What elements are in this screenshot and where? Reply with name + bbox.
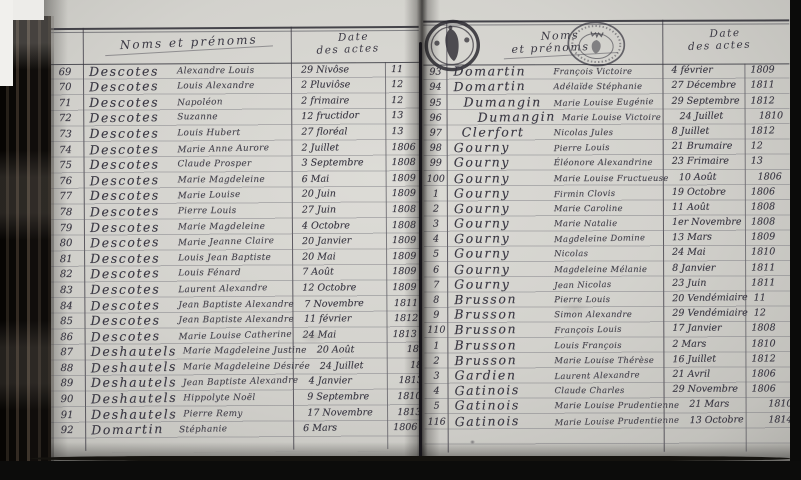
register-row: 79DescotesMarie Magdeleine4 Octobre1808: [48, 218, 420, 236]
register-row: 100GournyMarie Louise Fructueuse10 Août1…: [424, 170, 790, 186]
entry-surname: Descotes: [83, 157, 171, 174]
entry-given: Suzanne: [171, 112, 291, 126]
entry-date: 27 Juin: [292, 204, 386, 219]
entry-date: 23 Frimaire: [662, 156, 745, 170]
register-row: 2BrussonMarie Louise Thérèse16 Juillet18…: [424, 352, 790, 368]
register-row: 71DescotesNapoléon2 frimaire12: [47, 93, 419, 111]
entry-date: 16 Juillet: [662, 353, 745, 368]
entry-surname: Descotes: [84, 296, 172, 314]
entry-given: François Victoire: [547, 66, 661, 79]
entry-given: Marie Louise Victoire: [556, 112, 670, 125]
entry-surname: Descotes: [83, 172, 171, 190]
register-row: 5GatinoisMarie Louise Prudentienne21 Mar…: [425, 397, 791, 413]
entry-date: 27 Décembre: [661, 80, 744, 94]
right-page-entries: 93DomartinFrançois Victoire4 février1809…: [423, 63, 790, 454]
entry-surname: Gourny: [448, 169, 548, 187]
entry-year: 1809: [744, 65, 789, 79]
entry-year: 1808: [745, 216, 790, 230]
entry-given: Marie Natalie: [548, 218, 662, 231]
entry-year: 12: [748, 308, 791, 322]
entry-date: 13 Mars: [662, 231, 745, 246]
entry-year: 1810: [762, 399, 790, 413]
register-row: 4GournyMagdeleine Domine13 Mars1809: [424, 230, 790, 246]
entry-given: Louis Alexandre: [171, 81, 291, 95]
register-row: 97ClerfortNicolas Jules8 Juillet1812: [424, 124, 790, 140]
entry-given: Louis Fénard: [172, 268, 292, 282]
entry-given: Jean Baptiste Alexandre: [172, 299, 294, 313]
entry-surname: Gourny: [448, 139, 548, 157]
register-row: 76DescotesMarie Magdeleine6 Mai1809: [48, 171, 420, 189]
entry-year: 1808: [745, 323, 790, 337]
register-row: 1GournyFirmin Clovis19 Octobre1806: [424, 185, 790, 201]
register-row: 87DeshautelsMarie Magdeleine Justine20 A…: [49, 343, 421, 361]
register-row: 78DescotesPierre Louis27 Juin1808: [48, 202, 420, 220]
entry-date: 10 Août: [668, 170, 751, 185]
register-row: 96DumanginMarie Louise Victoire24 Juille…: [424, 109, 790, 125]
entry-date: 2 Juillet: [291, 142, 385, 157]
entry-date: 24 Juillet: [310, 359, 404, 375]
entry-date: 20 Juin: [292, 188, 386, 203]
register-row: 98GournyPierre Louis21 Brumaire12: [424, 139, 790, 155]
entry-date: 11 février: [294, 313, 388, 328]
register-row: 94DomartinAdélaïde Stéphanie27 Décembre1…: [423, 79, 789, 95]
entry-num: 87: [49, 347, 85, 360]
entry-surname: Dumangin: [447, 94, 547, 110]
page-gutter-shadow: [404, 0, 440, 464]
register-row: 81DescotesLouis Jean Baptiste20 Mai1809: [48, 249, 420, 267]
entry-date: 11 Août: [662, 201, 745, 215]
scan-border-bottom: [0, 461, 801, 480]
round-crowned-arms-stamp-icon: [564, 18, 629, 70]
register-row: 7GournyJean Nicolas23 Juin1811: [424, 276, 790, 292]
entry-given: Pierre Louis: [548, 141, 662, 156]
scan-corner-white: [0, 0, 13, 86]
entry-surname: Descotes: [84, 188, 172, 205]
entry-given: Louis Jean Baptiste: [172, 252, 292, 266]
entry-given: Adélaïde Stéphanie: [547, 81, 661, 94]
entry-surname: Descotes: [83, 109, 171, 127]
entry-surname: Gatinois: [449, 412, 549, 430]
entry-given: Magdeleine Domine: [548, 232, 662, 247]
entry-date: 9 Septembre: [297, 391, 391, 406]
entry-year: 1806: [746, 383, 791, 397]
entry-surname: Gourny: [448, 230, 548, 248]
register-row: 70DescotesLouis Alexandre2 Pluviôse12: [47, 77, 419, 95]
entry-year: 13: [745, 156, 790, 170]
entry-date: 2 frimaire: [291, 95, 385, 110]
left-page: Noms et prénoms Date des actes 69Descote…: [47, 26, 422, 455]
register-row: 84DescotesJean Baptiste Alexandre7 Novem…: [48, 296, 420, 314]
register-row: 116GatinoisMarie Louise Prudentienne13 O…: [425, 413, 791, 429]
entry-year: 1806: [745, 368, 790, 382]
entry-given: Louis François: [548, 339, 662, 352]
entry-num: 90: [49, 394, 85, 407]
register-row: 83DescotesLaurent Alexandre12 Octobre180…: [48, 280, 420, 298]
entry-year: 1811: [745, 277, 790, 291]
entry-surname: Descotes: [84, 203, 172, 221]
register-row: 91DeshautelsPierre Remy17 Novembre1813: [49, 405, 421, 423]
register-row: 5GournyNicolas24 Mai1810: [424, 246, 790, 262]
entry-given: Marie Louise Fructueuse: [548, 172, 669, 185]
entry-given: Magdeleine Mélanie: [548, 263, 662, 276]
entry-surname: Descotes: [83, 78, 171, 96]
entry-given: Marie Louise Thérèse: [548, 355, 662, 368]
register-row: 2GournyMarie Caroline11 Août1808: [424, 200, 790, 216]
entry-surname: Domartin: [447, 78, 547, 96]
register-row: 86DescotesMarie Louise Catherine24 Mai18…: [49, 327, 421, 345]
entry-given: Marie Louise Catherine: [172, 329, 292, 345]
entry-date: 21 Avril: [662, 368, 745, 382]
register-book-scan: Noms et prénoms Date des actes 69Descote…: [0, 0, 801, 480]
entry-surname: Descotes: [84, 265, 172, 283]
entry-date: 8 Juillet: [662, 125, 745, 139]
entry-date: 24 Juillet: [670, 110, 753, 125]
entry-surname: Deshautels: [85, 359, 178, 377]
entry-year: 1812: [745, 125, 790, 139]
entry-surname: Domartin: [85, 421, 173, 439]
register-row: 90DeshautelsHippolyte Noël9 Septembre181…: [49, 389, 421, 407]
entry-given: Claude Charles: [549, 385, 663, 398]
entry-surname: Gourny: [448, 260, 548, 278]
entry-surname: Descotes: [83, 125, 171, 142]
right-page-header: Noms et prénoms Date des actes: [423, 19, 789, 64]
entry-date: 24 Mai: [293, 329, 387, 344]
register-row: 77DescotesMarie Louise20 Juin1809: [48, 187, 420, 205]
entry-given: Laurent Alexandre: [548, 369, 662, 384]
entry-given: Marie Caroline: [548, 203, 662, 216]
entry-date: 20 Janvier: [292, 235, 386, 251]
register-row: 82DescotesLouis Fénard7 Août1809: [48, 265, 420, 283]
entry-num: 92: [49, 425, 85, 438]
entry-date: 19 Octobre: [662, 186, 745, 200]
entry-given: Marie Magdeleine: [172, 221, 292, 235]
register-row: 99GournyÉléonore Alexandrine23 Frimaire1…: [424, 154, 790, 170]
register-row: 3GournyMarie Natalie1er Novembre1808: [424, 215, 790, 231]
entry-date: 20 Août: [307, 344, 401, 359]
register-row: 72DescotesSuzanne12 fructidor13: [47, 109, 419, 127]
entry-year: 12: [745, 140, 790, 154]
entry-given: Laurent Alexandre: [172, 283, 292, 299]
entry-date: 29 Vendémiaire: [662, 308, 748, 322]
entry-given: Stéphanie: [173, 423, 293, 439]
register-row: 88DeshautelsMarie Magdeleine Désirée24 J…: [49, 358, 421, 376]
entry-given: Simon Alexandre: [548, 309, 662, 322]
entry-num: 91: [49, 410, 85, 423]
entry-given: Nicolas Jules: [548, 127, 662, 140]
entry-given: Pierre Louis: [172, 206, 292, 220]
left-page-entries: 69DescotesAlexandre Louis29 Nivôse1170De…: [47, 62, 421, 453]
register-row: 1BrussonLouis François2 Mars1810: [424, 337, 790, 353]
register-row: 95DumanginMarie Louise Eugénie29 Septemb…: [423, 94, 789, 110]
entry-given: Marie Louise Eugénie: [547, 95, 661, 110]
date-column-header: Date des actes: [663, 25, 788, 54]
entry-year: 1810: [745, 247, 790, 261]
entry-date: 7 Novembre: [294, 297, 388, 313]
entry-year: 1811: [745, 262, 790, 276]
entry-given: Hippolyte Noël: [177, 393, 297, 407]
entry-date: 6 Mars: [293, 422, 387, 438]
entry-year: 1811: [744, 80, 789, 94]
entry-date: 4 Janvier: [299, 376, 393, 391]
entry-given: Pierre Louis: [548, 294, 662, 307]
entry-date: 3 Septembre: [291, 157, 385, 172]
entry-surname: Descotes: [83, 140, 171, 158]
entry-date: 29 Septembre: [662, 95, 745, 109]
entry-surname: Descotes: [83, 63, 171, 80]
entry-surname: Deshautels: [85, 375, 177, 392]
entry-num: 88: [49, 362, 85, 376]
entry-date: 7 Août: [292, 266, 386, 281]
entry-given: Louis Hubert: [171, 128, 291, 142]
entry-date: 17 Novembre: [297, 407, 391, 422]
entry-date: 2 Mars: [662, 338, 745, 352]
register-row: 89DeshautelsJean Baptiste Alexandre4 Jan…: [49, 374, 421, 392]
left-page-header: Noms et prénoms Date des actes: [47, 26, 419, 64]
register-row: 6GournyMagdeleine Mélanie8 Janvier1811: [424, 261, 790, 277]
entry-surname: Gourny: [448, 199, 548, 217]
entry-surname: Gourny: [448, 185, 548, 201]
entry-date: 20 Vendémiaire: [662, 292, 748, 307]
register-row: 9BrussonSimon Alexandre29 Vendémiaire12: [424, 306, 790, 322]
entry-year: 11: [748, 292, 791, 306]
entry-date: 12 fructidor: [291, 110, 385, 126]
register-row: 75DescotesClaude Prosper3 Septembre1808: [47, 155, 419, 173]
entry-date: 24 Mai: [662, 247, 745, 261]
entry-date: 4 Octobre: [292, 220, 386, 235]
entry-given: Marie Louise Prudentienne: [549, 414, 680, 430]
entry-year: 1812: [745, 353, 790, 367]
entry-date: 29 Novembre: [663, 384, 746, 398]
register-row: 73DescotesLouis Hubert27 floréal13: [47, 124, 419, 142]
register-row: 92DomartinStéphanie6 Mars1806: [49, 421, 421, 439]
entry-year: 1810: [745, 338, 790, 352]
entry-surname: Descotes: [84, 328, 172, 346]
entry-given: Claude Prosper: [172, 159, 292, 173]
register-row: 110BrussonFrançois Louis17 Janvier1808: [424, 322, 790, 338]
entry-date: 1er Novembre: [662, 217, 745, 231]
register-row: 74DescotesMarie Anne Aurore2 Juillet1806: [47, 140, 419, 158]
entry-surname: Deshautels: [85, 390, 178, 408]
entry-surname: Descotes: [84, 219, 172, 236]
entry-date: 8 Janvier: [662, 262, 745, 276]
entry-given: Firmin Clovis: [548, 187, 662, 202]
entry-surname: Brusson: [448, 337, 548, 353]
entry-year: 1806: [752, 171, 791, 185]
entry-given: Napoléon: [171, 95, 291, 111]
entry-given: Marie Magdeleine Désirée: [177, 361, 310, 375]
scan-border-right: [790, 0, 801, 480]
entry-given: Marie Anne Aurore: [171, 142, 291, 158]
entry-date: 21 Brumaire: [662, 141, 745, 155]
entry-given: Jean Nicolas: [548, 278, 662, 293]
entry-date: 23 Juin: [662, 277, 745, 291]
entry-year: 1806: [745, 186, 790, 200]
entry-given: Marie Louise Prudentienne: [549, 400, 680, 413]
entry-given: Alexandre Louis: [171, 65, 291, 79]
entry-given: Jean Baptiste Alexandre: [172, 315, 294, 329]
entry-surname: Brusson: [448, 291, 548, 309]
entry-date: 27 floréal: [291, 126, 385, 141]
entry-year: 1814: [762, 414, 790, 428]
register-row: 80DescotesMarie Jeanne Claire20 Janvier1…: [48, 233, 420, 251]
entry-given: Éléonore Alexandrine: [548, 157, 662, 170]
entry-given: Pierre Remy: [177, 408, 297, 422]
entry-surname: Brusson: [448, 351, 548, 369]
entry-surname: Gatinois: [449, 398, 549, 414]
names-column-header: Noms et prénoms: [87, 31, 291, 55]
entry-date: 29 Nivôse: [291, 64, 385, 79]
entry-surname: Descotes: [84, 281, 172, 298]
entry-surname: Gatinois: [448, 382, 548, 400]
entry-date: 12 Octobre: [292, 282, 386, 297]
entry-given: Nicolas: [548, 248, 662, 261]
register-row: 93DomartinFrançois Victoire4 février1809: [423, 63, 789, 79]
entry-date: 20 Mai: [292, 251, 386, 266]
entry-year: 1810: [753, 110, 791, 124]
register-row: 69DescotesAlexandre Louis29 Nivôse11: [47, 62, 419, 80]
entry-surname: Gourny: [448, 155, 548, 171]
entry-year: 1808: [745, 201, 790, 215]
date-column-header: Date des actes: [290, 29, 417, 58]
entry-num: 89: [49, 378, 85, 391]
entry-surname: Descotes: [84, 234, 172, 252]
entry-surname: Dumangin: [447, 108, 556, 126]
right-page: Noms et prénoms Date des actes 93Domarti…: [423, 19, 791, 456]
entry-date: 4 février: [661, 65, 744, 79]
entry-date: 6 Mai: [292, 172, 386, 188]
entry-date: 2 Pluviôse: [291, 79, 385, 94]
entry-date: 17 Janvier: [662, 323, 745, 337]
entry-given: Marie Magdeleine: [172, 174, 292, 188]
register-row: 3GardienLaurent Alexandre21 Avril1806: [424, 367, 790, 383]
entry-surname: Gourny: [448, 246, 548, 262]
entry-date: 13 Octobre: [679, 413, 762, 428]
entry-surname: Descotes: [84, 312, 172, 329]
entry-given: Marie Magdeleine Justine: [177, 346, 307, 360]
entry-date: 21 Mars: [679, 399, 762, 413]
register-row: 8BrussonPierre Louis20 Vendémiaire11: [424, 291, 790, 307]
entry-surname: Deshautels: [85, 344, 177, 361]
entry-year: 1809: [745, 232, 790, 246]
page-gutter-crease: [419, 42, 422, 458]
entry-surname: Brusson: [448, 321, 548, 339]
register-row: 4GatinoisClaude Charles29 Novembre1806: [425, 382, 791, 398]
entry-year: 1812: [745, 95, 790, 109]
